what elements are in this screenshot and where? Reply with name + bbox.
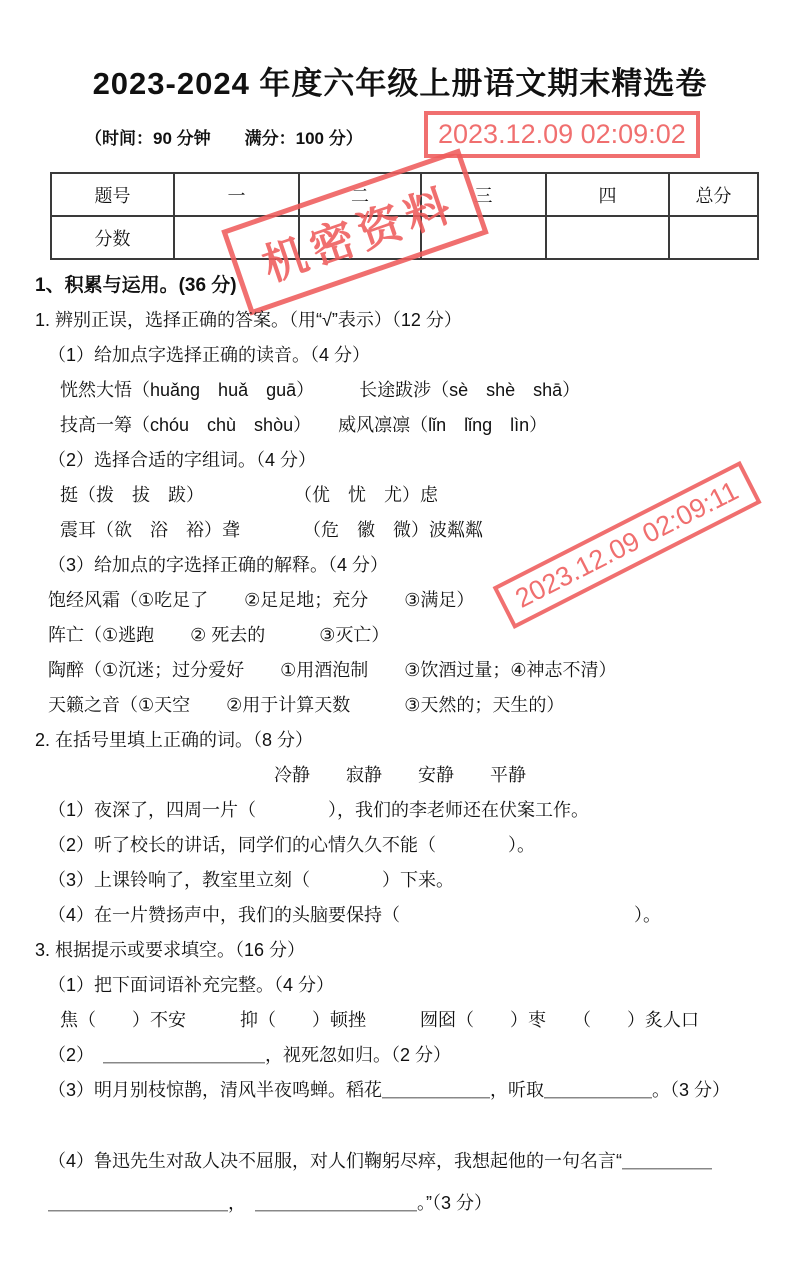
exam-paper-page: 2023-2024 年度六年级上册语文期末精选卷 （时间：90 分钟 满分：10… (0, 0, 800, 1266)
score-cell (669, 216, 758, 259)
pinyin-choice-line: 技高一筹（chóu chù shòu） 威风凛凛（lǐn lǐng lìn） (0, 406, 800, 441)
section-heading: 1、积累与运用。(36 分) (0, 266, 800, 301)
word-bank-line: 冷静 寂静 安静 平静 (0, 756, 800, 791)
exam-meta-info: （时间：90 分钟 满分：100 分） (85, 124, 363, 149)
score-cell (546, 216, 669, 259)
question-1-3-heading: （3）给加点的字选择正确的解释。（4 分） (0, 546, 800, 581)
pinyin-choice-line: 恍然大悟（huǎng huǎ guā） 长途跋涉（sè shè shā） (0, 371, 800, 406)
question-3-1-heading: （1）把下面词语补充完整。（4 分） (0, 966, 800, 1001)
idiom-completion-line: 焦（ ）不安 抑（ ）顿挫 囫囵（ ）枣 （ ）炙人口 (0, 1001, 800, 1036)
definition-choice-line: 阵亡（①逃跑 ② 死去的 ③灭亡） (0, 616, 800, 651)
fill-blank-line: （3）明月别枝惊鹊，清风半夜鸣蝉。稻花＿＿＿＿＿＿，听取＿＿＿＿＿＿。（3 分） (0, 1071, 800, 1106)
fill-blank-line: （4）鲁迅先生对敌人决不屈服，对人们鞠躬尽瘁，我想起他的一句名言“＿＿＿＿＿ (0, 1139, 800, 1181)
definition-choice-line: 饱经风霜（①吃足了 ②足足地；充分 ③满足） (0, 581, 800, 616)
fill-blank-line: （3）上课铃响了，教室里立刻（ ）下来。 (0, 861, 800, 896)
fill-blank-line: ＿＿＿＿＿＿＿＿＿＿， ＿＿＿＿＿＿＿＿＿。”（3 分） (0, 1181, 800, 1223)
word-choice-line: 挺（拨 拔 跋） （优 忧 尤）虑 (0, 476, 800, 511)
definition-choice-line: 天籁之音（①天空 ②用于计算天数 ③天然的；天生的） (0, 686, 800, 721)
word-choice-line: 震耳（欲 浴 裕）聋 （危 徽 微）波粼粼 (0, 511, 800, 546)
question-1-1-heading: （1）给加点字选择正确的读音。（4 分） (0, 336, 800, 371)
question-2-heading: 2. 在括号里填上正确的词。（8 分） (0, 721, 800, 756)
exam-body: 1、积累与运用。(36 分) 1. 辨别正误，选择正确的答案。（用“√”表示）（… (0, 266, 800, 1223)
definition-choice-line: 陶醉（①沉迷；过分爱好 ①用酒泡制 ③饮酒过量；④神志不清） (0, 651, 800, 686)
fill-blank-line: （1）夜深了，四周一片（ ），我们的李老师还在伏案工作。 (0, 791, 800, 826)
question-1-heading: 1. 辨别正误，选择正确的答案。（用“√”表示）（12 分） (0, 301, 800, 336)
question-3-heading: 3. 根据提示或要求填空。（16 分） (0, 931, 800, 966)
question-1-2-heading: （2）选择合适的字组词。（4 分） (0, 441, 800, 476)
fill-blank-line: （2） ＿＿＿＿＿＿＿＿＿，视死忽如归。（2 分） (0, 1036, 800, 1071)
page-title: 2023-2024 年度六年级上册语文期末精选卷 (0, 58, 800, 103)
table-header-col-4: 四 (546, 173, 669, 216)
timestamp-stamp-top: 2023.12.09 02:09:02 (424, 111, 700, 158)
fill-blank-line: （4）在一片赞扬声中，我们的头脑要保持（ ）。 (0, 896, 800, 931)
score-row-label: 分数 (51, 216, 174, 259)
table-header-total: 总分 (669, 173, 758, 216)
table-header-question-no: 题号 (51, 173, 174, 216)
fill-blank-line: （2）听了校长的讲话，同学们的心情久久不能（ ）。 (0, 826, 800, 861)
